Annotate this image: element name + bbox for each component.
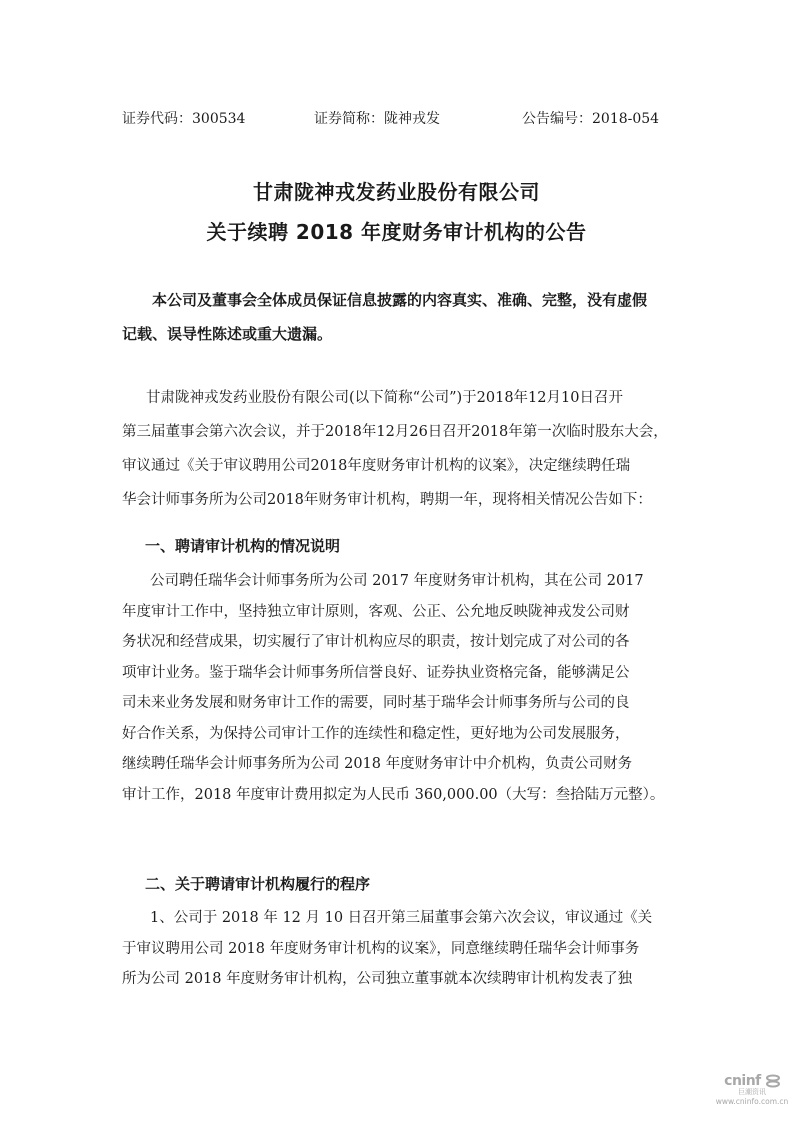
paragraph-line: 好合作关系，为保持公司审计工作的连续性和稳定性，更好地为公司发展服务， bbox=[122, 719, 682, 750]
paragraph-line: 务状况和经营成果，切实履行了审计机构应尽的职责，按计划完成了对公司的各 bbox=[122, 627, 682, 658]
cninfo-watermark: cninf 巨潮资讯 www.cninfo.com.cn bbox=[712, 1070, 792, 1120]
declaration: 本公司及董事会全体成员保证信息披露的内容真实、准确、完整，没有虚假 记载、误导性… bbox=[122, 283, 682, 351]
paragraph-line: 审计工作，2018 年度审计费用拟定为人民币 360,000.00（大写：叁拾陆… bbox=[122, 780, 682, 811]
paragraph-line: 于审议聘用公司 2018 年度财务审计机构的议案》，同意继续聘任瑞华会计师事务 bbox=[122, 934, 682, 965]
paragraph-line: 公司聘任瑞华会计师事务所为公司 2017 年度财务审计机构，其在公司 2017 bbox=[122, 566, 682, 597]
paragraph-line: 华会计师事务所为公司2018年财务审计机构，聘期一年，现将相关情况公告如下： bbox=[122, 483, 682, 517]
intro-paragraph: 甘肃陇神戎发药业股份有限公司(以下简称“公司”)于2018年12月10日召开 第… bbox=[122, 381, 682, 517]
paragraph-line: 所为公司 2018 年度财务审计机构，公司独立董事就本次续聘审计机构发表了独 bbox=[122, 964, 682, 995]
stock-code: 证券代码：300534 bbox=[122, 108, 245, 128]
section1-paragraph: 公司聘任瑞华会计师事务所为公司 2017 年度财务审计机构，其在公司 2017 … bbox=[122, 566, 682, 810]
cninfo-logo-icon bbox=[766, 1074, 780, 1088]
paragraph-line: 甘肃陇神戎发药业股份有限公司(以下简称“公司”)于2018年12月10日召开 bbox=[122, 381, 682, 415]
document-header: 证券代码：300534 证券简称：陇神戎发 公告编号：2018-054 bbox=[122, 108, 682, 132]
declaration-line: 记载、误导性陈述或重大遗漏。 bbox=[122, 317, 682, 351]
paragraph-line: 第三届董事会第六次会议，并于2018年12月26日召开2018年第一次临时股东大… bbox=[122, 415, 682, 449]
watermark-url: www.cninfo.com.cn bbox=[712, 1097, 792, 1106]
section2-paragraph: 1、公司于 2018 年 12 月 10 日召开第三届董事会第六次会议，审议通过… bbox=[122, 903, 682, 995]
company-title: 甘肃陇神戎发药业股份有限公司 bbox=[0, 176, 793, 205]
paragraph-line: 1、公司于 2018 年 12 月 10 日召开第三届董事会第六次会议，审议通过… bbox=[122, 903, 682, 934]
paragraph-line: 审议通过《关于审议聘用公司2018年度财务审计机构的议案》，决定继续聘任瑞 bbox=[122, 449, 682, 483]
declaration-line: 本公司及董事会全体成员保证信息披露的内容真实、准确、完整，没有虚假 bbox=[122, 283, 682, 317]
notice-subject: 关于续聘 2018 年度财务审计机构的公告 bbox=[0, 216, 793, 245]
paragraph-line: 项审计业务。鉴于瑞华会计师事务所信誉良好、证券执业资格完备，能够满足公 bbox=[122, 658, 682, 689]
section-heading-1: 一、聘请审计机构的情况说明 bbox=[145, 535, 340, 556]
notice-number: 公告编号：2018-054 bbox=[522, 108, 659, 128]
paragraph-line: 年度审计工作中，坚持独立审计原则，客观、公正、公允地反映陇神戎发公司财 bbox=[122, 597, 682, 628]
section-heading-2: 二、关于聘请审计机构履行的程序 bbox=[145, 873, 370, 894]
paragraph-line: 司未来业务发展和财务审计工作的需要，同时基于瑞华会计师事务所与公司的良 bbox=[122, 688, 682, 719]
paragraph-line: 继续聘任瑞华会计师事务所为公司 2018 年度财务审计中介机构，负责公司财务 bbox=[122, 749, 682, 780]
stock-abbreviation: 证券简称：陇神戎发 bbox=[314, 108, 440, 128]
